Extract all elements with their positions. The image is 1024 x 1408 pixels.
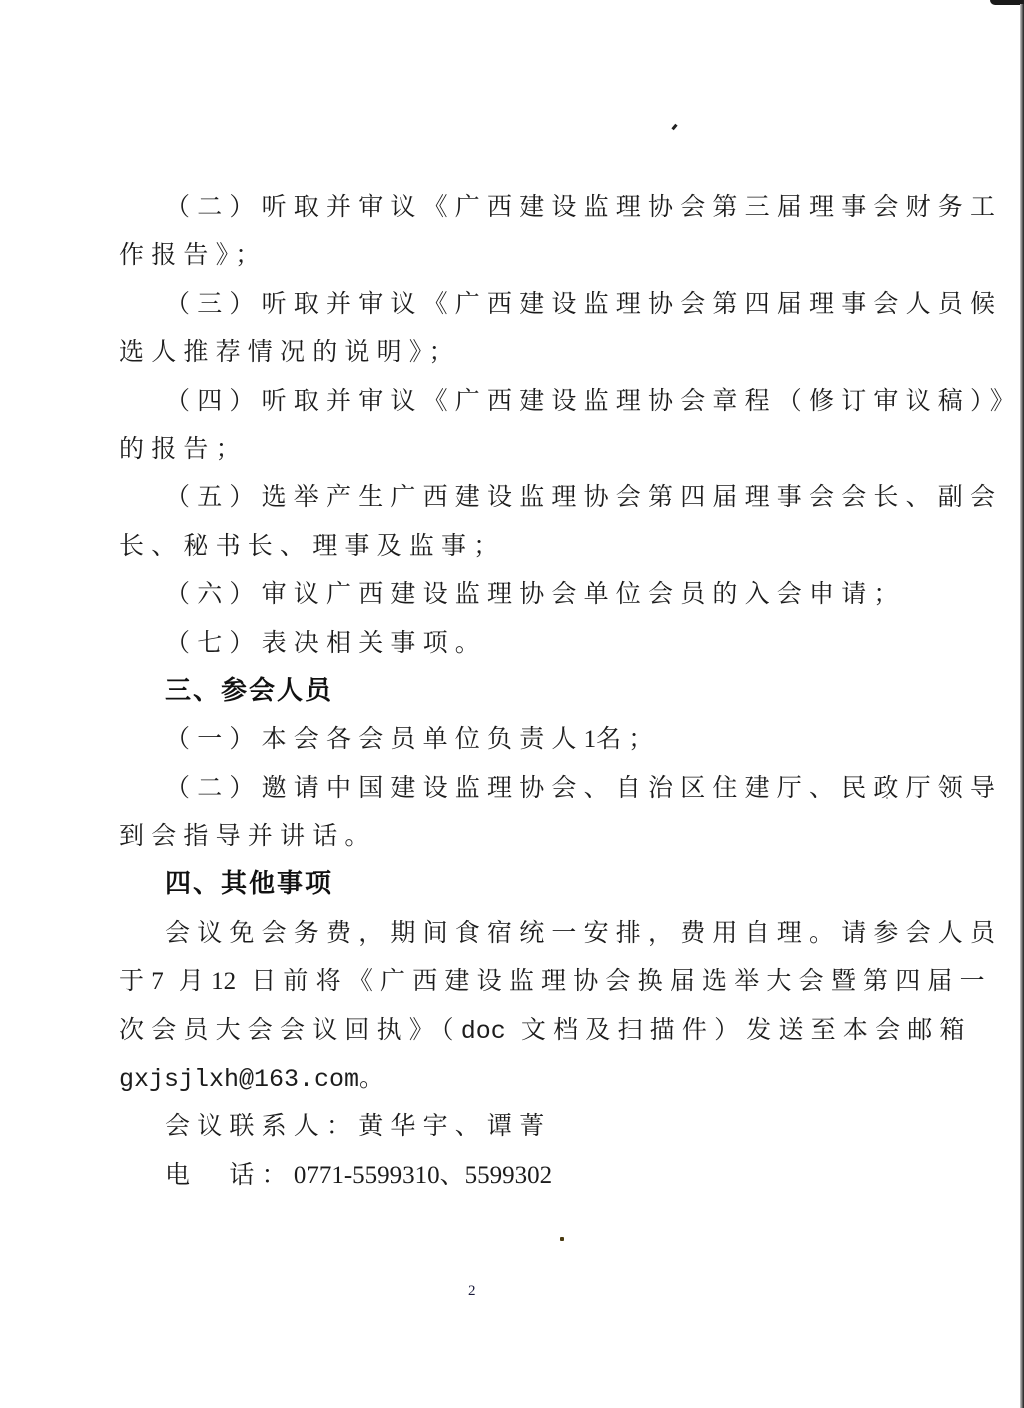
scan-edge-right	[1020, 4, 1024, 1408]
contact-email[interactable]: gxjsjlxh@163.com	[119, 1065, 359, 1094]
text-fragment: 月	[179, 966, 211, 995]
page-number: 2	[468, 1283, 476, 1300]
deadline-day: 12	[211, 968, 236, 995]
agenda-item-4: （四）听取并审议《广西建设监理协会章程（修订审议稿）》	[119, 377, 864, 425]
deadline-month: 7	[151, 968, 164, 995]
document-body: （二）听取并审议《广西建设监理协会第三届理事会财务工 作报告》； （三）听取并审…	[119, 183, 864, 1199]
other-paragraph-line-4: gxjsjlxh@163.com。	[119, 1054, 864, 1102]
phone-line: 电 话：0771-5599310、5599302	[119, 1151, 864, 1199]
attendee-item-1: （一）本会各会员单位负责人1名；	[119, 715, 864, 763]
attendee-item-2: （二）邀请中国建设监理协会、自治区住建厅、民政厅领导	[119, 764, 864, 812]
attendee-item-2-cont: 到会指导并讲话。	[119, 812, 864, 860]
phone-label: 电 话：	[165, 1160, 294, 1189]
doc-format: doc	[461, 1017, 506, 1046]
contact-person-line: 会议联系人：黄华宇、谭菁	[119, 1102, 864, 1150]
contact-names: 黄华宇、谭菁	[358, 1111, 551, 1140]
text-fragment: 。	[359, 1063, 391, 1092]
agenda-item-6: （六）审议广西建设监理协会单位会员的入会申请；	[119, 570, 864, 618]
document-page: （二）听取并审议《广西建设监理协会第三届理事会财务工 作报告》； （三）听取并审…	[0, 0, 1024, 1408]
text-fragment: 次会员大会会议回执》（	[119, 1015, 461, 1044]
agenda-item-4-cont: 的报告；	[119, 425, 864, 473]
agenda-item-3-cont: 选人推荐情况的说明》；	[119, 328, 864, 376]
other-paragraph-line-3: 次会员大会会议回执》（doc 文档及扫描件）发送至本会邮箱	[119, 1006, 864, 1054]
text-fragment: 文档及扫描件）发送至本会邮箱	[521, 1015, 972, 1044]
attendee-count: 1	[584, 726, 597, 753]
agenda-item-2-cont: 作报告》；	[119, 231, 864, 279]
other-paragraph-line-1: 会议免会务费，期间食宿统一安排，费用自理。请参会人员	[119, 909, 864, 957]
scan-speck	[671, 124, 677, 131]
text-fragment: 日前将《广西建设监理协会换届选举大会暨第四届一	[251, 966, 992, 995]
agenda-item-5: （五）选举产生广西建设监理协会第四届理事会会长、副会	[119, 473, 864, 521]
section-heading-attendees: 三、参会人员	[119, 667, 864, 715]
attendee-item-1-text: （一）本会各会员单位负责人	[165, 724, 584, 753]
agenda-item-7: （七）表决相关事项。	[119, 619, 864, 667]
agenda-item-3: （三）听取并审议《广西建设监理协会第四届理事会人员候	[119, 280, 864, 328]
scan-edge-top	[990, 0, 1024, 5]
other-paragraph-line-2: 于7 月12 日前将《广西建设监理协会换届选举大会暨第四届一	[119, 957, 864, 1005]
phone-numbers: 0771-5599310、5599302	[294, 1162, 552, 1189]
text-fragment: 于	[119, 966, 151, 995]
agenda-item-5-cont: 长、秘书长、理事及监事；	[119, 522, 864, 570]
contact-label: 会议联系人：	[165, 1111, 358, 1140]
attendee-item-1-suffix: 名；	[596, 724, 660, 753]
scan-speck	[560, 1237, 564, 1241]
section-heading-other: 四、其他事项	[119, 860, 864, 908]
agenda-item-2: （二）听取并审议《广西建设监理协会第三届理事会财务工	[119, 183, 864, 231]
